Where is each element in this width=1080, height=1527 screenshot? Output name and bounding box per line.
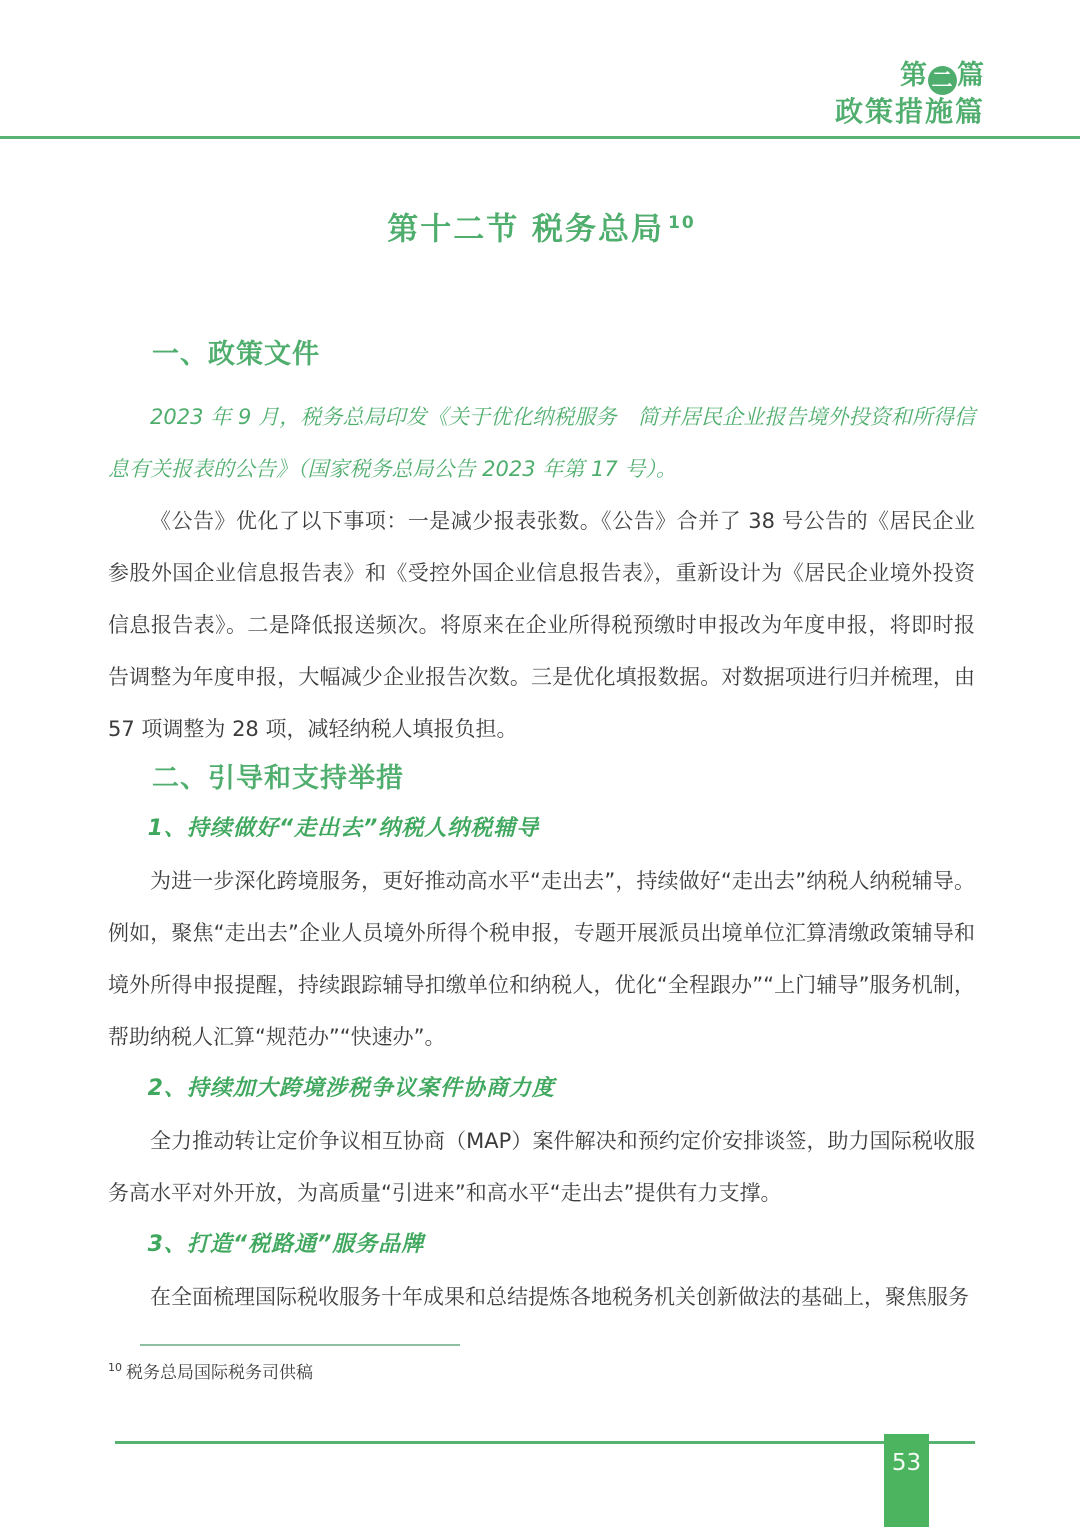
part-suffix: 篇 [957, 60, 985, 91]
footnote: 10税务总局国际税务司供稿 [108, 1358, 708, 1383]
part-subtitle: 政策措施篇 [108, 95, 985, 129]
policy-body-paragraph: 《公告》优化了以下事项：一是减少报表张数。《公告》合并了 38 号公告的《居民企… [108, 495, 975, 755]
policy-lead-paragraph: 2023 年 9 月，税务总局印发《关于优化纳税服务 简并居民企业报告境外投资和… [108, 391, 975, 495]
section-heading-2: 二、引导和支持举措 [152, 761, 975, 797]
footnote-divider [140, 1344, 460, 1346]
header-divider [0, 136, 1080, 139]
footer-divider [115, 1441, 975, 1444]
measure-2-paragraph: 全力推动转让定价争议相互协商（MAP）案件解决和预约定价安排谈签，助力国际税收服… [108, 1115, 975, 1219]
sub-heading-3: 3、打造“税路通”服务品牌 [108, 1219, 975, 1271]
page-title: 第十二节 税务总局10 [108, 203, 975, 249]
part-number-badge: 二 [928, 66, 957, 95]
section-heading-1: 一、政策文件 [152, 337, 975, 373]
measure-3-paragraph: 在全面梳理国际税收服务十年成果和总结提炼各地税务机关创新做法的基础上，聚焦服务 [108, 1271, 975, 1323]
measure-1-paragraph: 为进一步深化跨境服务，更好推动高水平“走出去”，持续做好“走出去”纳税人纳税辅导… [108, 855, 975, 1063]
sub-heading-2: 2、持续加大跨境涉税争议案件协商力度 [108, 1063, 975, 1115]
footnote-text: 税务总局国际税务司供稿 [126, 1363, 313, 1383]
footnote-area: 10税务总局国际税务司供稿 [108, 1336, 708, 1383]
document-body: 第十二节 税务总局10 一、政策文件 2023 年 9 月，税务总局印发《关于优… [0, 203, 1080, 1323]
page-title-text: 第十二节 税务总局 [387, 211, 664, 247]
title-footnote-ref: 10 [668, 213, 696, 233]
part-label: 第二篇 [108, 60, 985, 95]
page-number-badge: 53 [884, 1434, 929, 1527]
page-header: 第二篇 政策措施篇 [0, 0, 1080, 129]
part-prefix: 第 [900, 60, 928, 91]
footnote-marker: 10 [108, 1361, 122, 1374]
document-page: 第二篇 政策措施篇 第十二节 税务总局10 一、政策文件 2023 年 9 月，… [0, 0, 1080, 1527]
sub-heading-1: 1、持续做好“走出去”纳税人纳税辅导 [108, 803, 975, 855]
